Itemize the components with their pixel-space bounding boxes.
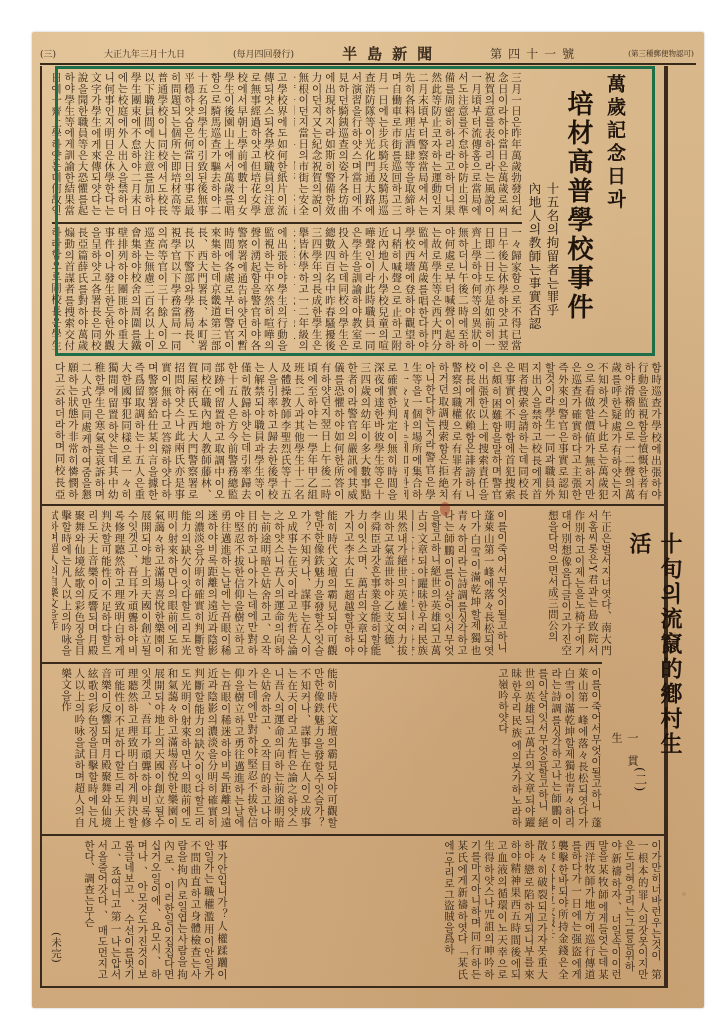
serial-column-3: 果然내가絕世의英雄되여力拔山하고氣盖世하야乙支文德、李舜臣과갓흔事業을能히할能力… bbox=[342, 510, 408, 656]
lead-column-top-2: 고學校界에도如何한紙片이流傳되얏스되各學校職員의注意로無事經過하얏고但培花女學校… bbox=[52, 72, 288, 216]
lead-column-bottom-2: 에出張하야學生의行動을監視하는中卒然히喧嘩의聲이湧起함을警官하야各警察署에通告하… bbox=[52, 227, 288, 351]
lead-column-top-1: 三月一日은昨年萬歲勃發의紀念日이라하야當日은萬歲로써祝賀의意를表하리라는風說이一… bbox=[294, 72, 522, 216]
serial-column-5: 이를이죽어서무엇이될고하니蓬萊山第一峰에落々長松되엿다가白雪이滿乾坤할제獨也青々… bbox=[342, 668, 602, 828]
lead-headline: 培材高普學校事件 bbox=[560, 90, 597, 330]
lead-continuation-2: 로確實한判定이無히時間을深夜에達한바彼學生等은十三四歲의幼年이多大數事點한者이라… bbox=[52, 362, 398, 500]
publication-frequency: (每月四回發行) bbox=[233, 47, 294, 60]
lead-tier-rule bbox=[52, 222, 522, 224]
issue-number: 第四十一號 bbox=[490, 45, 580, 62]
lead-subhead-1: 十五名의拘留者는罪乎 bbox=[544, 182, 560, 332]
ink-stain bbox=[440, 502, 450, 516]
newspaper-page: (第三種郵便物認可) 第四十一號 半島新聞 (每月四回發行) 大正九年三月十九日… bbox=[32, 32, 704, 1008]
serial-author: 一貫生 bbox=[608, 732, 640, 792]
section-rule bbox=[42, 504, 666, 506]
serial-column-6: 能히時代文壇의霸見되야可觀할만한像鉄魅力을發할수잇슬가？不知커나、謀事는在人이오… bbox=[52, 668, 338, 828]
serial-column-2: 이를이죽어서무엇이될고하니蓬萊山第一峰에落々長松되엿다가白雪이滿乾坤할제獨也青々… bbox=[412, 510, 508, 656]
lower-column-3: 事가안입니가？人權蹂躪이안일가는職權濫用이안일가不問曲直하고身體檢查는사람을拘內… bbox=[62, 840, 228, 980]
registration-note: (第三種郵便物認可) bbox=[628, 48, 694, 59]
paper-spot bbox=[682, 892, 686, 896]
lead-continuation-1: 함時巡查가學校에出張하야行動을監視함을憤慨한者有하야滑稽的으로一二聲의萬歲를呼한… bbox=[404, 362, 662, 500]
page-number: (三) bbox=[40, 47, 56, 60]
lead-kicker: 萬歲記念日과 bbox=[602, 74, 629, 274]
lead-subhead-2: 內地人의教師는事實否認 bbox=[526, 182, 542, 342]
masthead-rule bbox=[40, 63, 696, 65]
lower-column-2: 散々히破裂되고가자못重大하야戀로陷하게되니부를來하야精神果西五時間後에되고血液의… bbox=[232, 840, 548, 980]
publication-date: 大正九年三月十九日 bbox=[104, 47, 185, 60]
paper-name: 半島新聞 bbox=[342, 43, 442, 64]
column-rule-right bbox=[666, 66, 668, 988]
paper-spot bbox=[672, 632, 676, 636]
closing-note: (未完) bbox=[46, 932, 62, 982]
lower-tier-rule bbox=[42, 834, 666, 836]
serial-tier-rule bbox=[42, 662, 602, 664]
masthead: (第三種郵便物認可) 第四十一號 半島新聞 (每月四回發行) 大正九年三月十九日… bbox=[40, 42, 694, 64]
lead-column-bottom-1: 一々歸家함으로不得已當日午後는休學하얏고其翌日即二日도亦是如前히一齊上學하야何等… bbox=[294, 227, 522, 351]
serial-column-4: 能히時代文壇의霸見되야可觀할만한像鉄魅力을發할수잇슬가？不知커나、謀事는在人이오… bbox=[52, 510, 338, 656]
serial-column-1: 午正은벌서지너엿다、南大門서홈씨롯은Y君과는島致院서作別하고이제는을노椅子에기대… bbox=[512, 510, 612, 656]
lower-column-1: 이가만히너바런우는것이第一根本的罪人의잣못이지만은도리혀우리는그를을위하야新禱하… bbox=[552, 840, 662, 980]
